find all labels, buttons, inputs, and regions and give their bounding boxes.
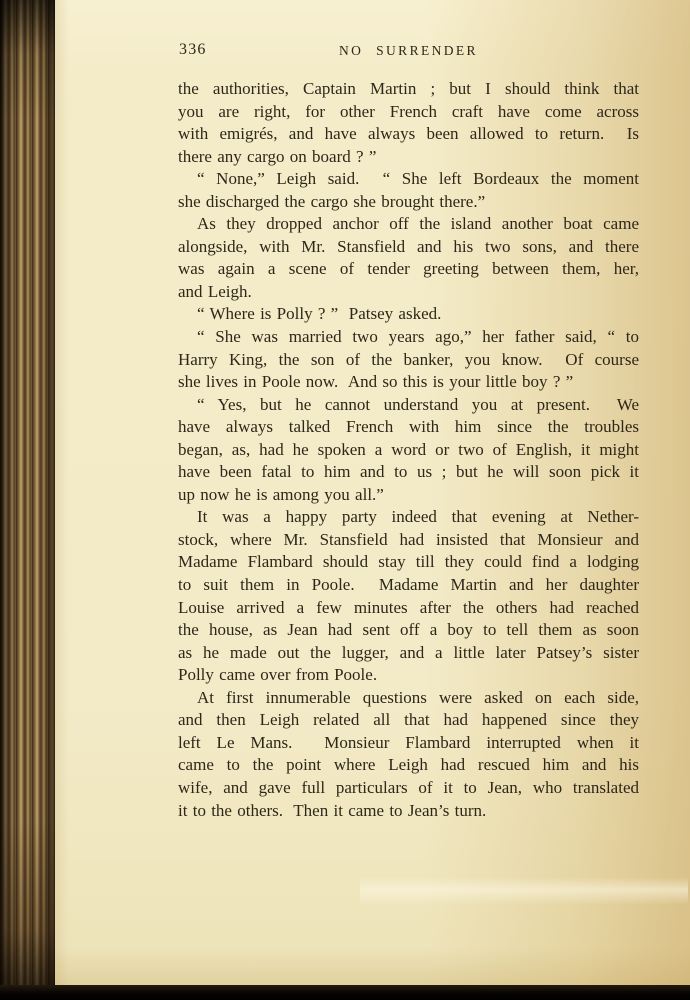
text-line: have always talked French with him since… xyxy=(178,416,639,439)
text-line: she lives in Poole now. And so this is y… xyxy=(178,371,639,394)
text-line: “ None,” Leigh said. “ She left Bordeaux… xyxy=(178,168,639,191)
text-line: the authorities, Captain Martin ; but I … xyxy=(178,78,639,101)
text-line: began, as, had he spoken a word or two o… xyxy=(178,439,639,462)
text-line: As they dropped anchor off the island an… xyxy=(178,213,639,236)
text-line: was again a scene of tender greeting bet… xyxy=(178,258,639,281)
text-line: there any cargo on board ? ” xyxy=(178,146,639,169)
text-line: came to the point where Leigh had rescue… xyxy=(178,754,639,777)
text-line: and then Leigh related all that had happ… xyxy=(178,709,639,732)
text-line: “ Where is Polly ? ” Patsey asked. xyxy=(178,303,639,326)
text-line: alongside, with Mr. Stansfield and his t… xyxy=(178,236,639,259)
text-line: as he made out the lugger, and a little … xyxy=(178,642,639,665)
text-line: “ She was married two years ago,” her fa… xyxy=(178,326,639,349)
text-line: have been fatal to him and to us ; but h… xyxy=(178,461,639,484)
text-line: “ Yes, but he cannot understand you at p… xyxy=(178,394,639,417)
text-line: Madame Flambard should stay till they co… xyxy=(178,551,639,574)
page-header: 336 NO SURRENDER xyxy=(178,41,639,59)
book-page-edges xyxy=(0,0,57,990)
text-line: she discharged the cargo she brought the… xyxy=(178,191,639,214)
body-text: the authorities, Captain Martin ; but I … xyxy=(178,78,639,822)
text-line: Louise arrived a few minutes after the o… xyxy=(178,597,639,620)
text-line: the house, as Jean had sent off a boy to… xyxy=(178,619,639,642)
book-photo: 336 NO SURRENDER the authorities, Captai… xyxy=(0,0,690,1000)
text-line: to suit them in Poole. Madame Martin and… xyxy=(178,574,639,597)
text-line: with emigrés, and have always been allow… xyxy=(178,123,639,146)
text-line: wife, and gave full particulars of it to… xyxy=(178,777,639,800)
text-line: you are right, for other French craft ha… xyxy=(178,101,639,124)
text-line: Polly came over from Poole. xyxy=(178,664,639,687)
text-line: It was a happy party indeed that evening… xyxy=(178,506,639,529)
running-title: NO SURRENDER xyxy=(178,43,639,59)
text-line: Harry King, the son of the banker, you k… xyxy=(178,349,639,372)
text-line: At first innumerable questions were aske… xyxy=(178,687,639,710)
text-line: it to the others. Then it came to Jean’s… xyxy=(178,800,639,823)
text-line: and Leigh. xyxy=(178,281,639,304)
book-bottom-edge xyxy=(0,985,690,1000)
text-line: stock, where Mr. Stansfield had insisted… xyxy=(178,529,639,552)
text-line: left Le Mans. Monsieur Flambard interrup… xyxy=(178,732,639,755)
text-line: up now he is among you all.” xyxy=(178,484,639,507)
